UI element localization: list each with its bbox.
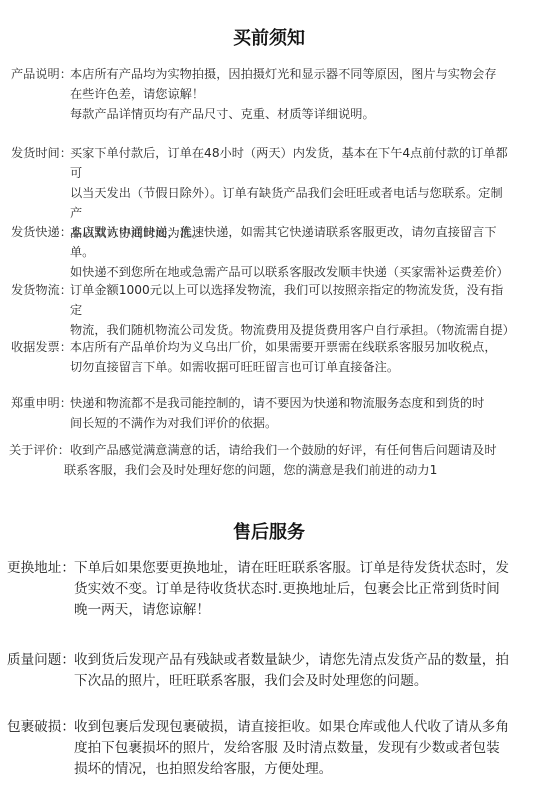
notice-line: 本店默认中通快递，优速快递，如需其它快递请联系客服更改，请勿直接留言下单。 [70,222,510,262]
notice-body: 本店所有产品单价均为义乌出厂价，如果需要开票需在线联系客服另加收税点， 切勿直接… [70,337,510,377]
notice-line: 本店所有产品单价均为义乌出厂价，如果需要开票需在线联系客服另加收税点， [70,337,510,357]
notice-line: 在些许色差，请您谅解！ [70,84,510,104]
service-label: 更换地址： [7,558,75,579]
notice-line: 买家下单付款后，订单在48小时（两天）内发货，基本在下午4点前付款的订单都可 [70,143,510,183]
service-line: 收到货后发现产品有残缺或者数量缺少，请您先清点发货产品的数量，拍 [74,650,514,671]
after-sales-title: 售后服务 [0,518,538,544]
notice-label: 收据发票： [11,337,72,357]
notice-line: 订单金额1000元以上可以选择发物流，我们可以按照亲指定的物流发货，没有指定 [70,280,510,320]
pre-purchase-title: 买前须知 [0,24,538,50]
notice-body: 本店所有产品均为实物拍摄，因拍摄灯光和显示器不同等原因，图片与实物会存 在些许色… [70,64,510,124]
service-line: 货实效不变。订单是待收货状态时.更换地址后，包裹会比正常到货时间 [74,579,514,600]
service-line: 损坏的情况，也拍照发给客服，方便处理。 [74,759,514,780]
notice-line: 间长短的不满作为对我们评价的依据。 [70,413,510,433]
service-line: 下次品的照片，旺旺联系客服，我们会及时处理您的问题。 [74,671,514,692]
service-label: 质量问题： [7,650,75,671]
service-line: 下单后如果您要更换地址，请在旺旺联系客服。订单是待发货状态时，发 [74,558,514,579]
service-body: 下单后如果您要更换地址，请在旺旺联系客服。订单是待发货状态时，发 货实效不变。订… [74,558,514,621]
service-line: 收到包裹后发现包裹破损，请直接拒收。如果仓库或他人代收了请从多角 [74,717,514,738]
notice-line: 以当天发出（节假日除外）。订单有缺货产品我们会旺旺或者电话与您联系。定制产 [70,183,510,223]
service-line: 度拍下包裹损坏的照片，发给客服 及时清点数量，发现有少数或者包装 [74,738,514,759]
notice-line: 如快递不到您所在地或急需产品可以联系客服改发顺丰快递（买家需补运费差价） [70,262,510,282]
notice-label: 发货时间： [11,143,72,163]
notice-line: 快递和物流都不是我司能控制的，请不要因为快递和物流服务态度和到货的时 [70,393,510,413]
notice-label: 郑重申明： [11,393,72,413]
notice-line: 每款产品详情页均有产品尺寸、克重、材质等详细说明。 [70,104,510,124]
notice-line: 联系客服，我们会及时处理好您的问题，您的满意是我们前进的动力1 [64,460,510,480]
notice-label: 关于评价： [9,440,70,460]
notice-line: 切勿直接留言下单。如需收据可旺旺留言也可订单直接备注。 [70,357,510,377]
notice-body: 快递和物流都不是我司能控制的，请不要因为快递和物流服务态度和到货的时 间长短的不… [70,393,510,433]
notice-body: 本店默认中通快递，优速快递，如需其它快递请联系客服更改，请勿直接留言下单。 如快… [70,222,510,282]
service-line: 晚一两天，请您谅解！ [74,600,514,621]
notice-body: 订单金额1000元以上可以选择发物流，我们可以按照亲指定的物流发货，没有指定 物… [70,280,510,340]
service-body: 收到货后发现产品有残缺或者数量缺少，请您先清点发货产品的数量，拍 下次品的照片，… [74,650,514,692]
notice-body: 收到产品感觉满意满意的话，请给我们一个鼓励的好评，有任何售后问题请及时 联系客服… [70,440,510,480]
notice-line: 收到产品感觉满意满意的话，请给我们一个鼓励的好评，有任何售后问题请及时 [70,440,510,460]
service-label: 包裹破损： [7,717,75,738]
notice-label: 产品说明： [11,64,72,84]
notice-label: 发货物流： [11,280,72,300]
service-body: 收到包裹后发现包裹破损，请直接拒收。如果仓库或他人代收了请从多角 度拍下包裹损坏… [74,717,514,780]
notice-label: 发货快递： [11,222,72,242]
notice-line: 本店所有产品均为实物拍摄，因拍摄灯光和显示器不同等原因，图片与实物会存 [70,64,510,84]
